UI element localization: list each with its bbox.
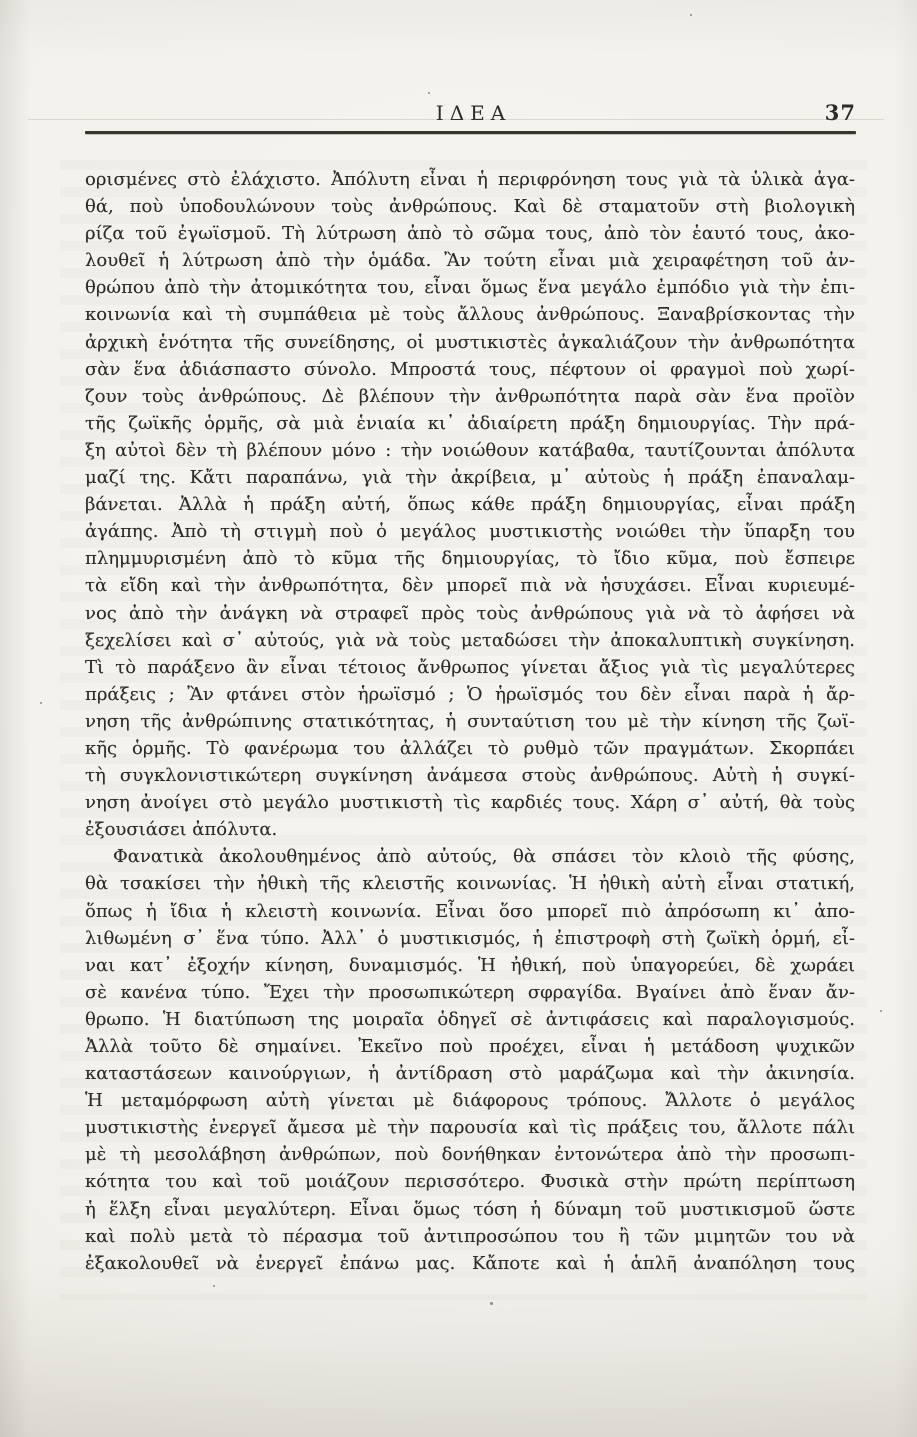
text-line: ορισμένες στὸ ἐλάχιστο. Ἀπόλυτη εἶναι ἡ … [85, 166, 855, 193]
text-line: κοινωνία καὶ τὴ συμπάθεια μὲ τοὺς ἄλλους… [85, 301, 855, 328]
text-line: θὰ τσακίσει τὴν ἠθικὴ τῆς κλειστῆς κοινω… [85, 870, 855, 897]
text-line: ἐξακολουθεῖ νὰ ἐνεργεῖ ἐπάνω μας. Κἄποτε… [85, 1250, 855, 1277]
text-line: τὴ συγκλονιστικώτερη συγκίνηση ἀνάμεσα σ… [85, 762, 855, 789]
text-line: ἡ ἕλξη εἶναι μεγαλύτερη. Εἶναι ὅμως τόση… [85, 1196, 855, 1223]
text-line: Φανατικὰ ἀκολουθημένος ἀπὸ αὐτούς, θὰ σπ… [85, 843, 855, 870]
text-line: Ἡ μεταμόρφωση αὐτὴ γίνεται μὲ διάφορους … [85, 1087, 855, 1114]
dust-speck [880, 1010, 882, 1012]
text-line: Τὶ τὸ παράξενο ἂν εἶναι τέτοιος ἄνθρωπος… [85, 654, 855, 681]
running-title: ΙΔΕΑ [85, 101, 856, 125]
text-line: ναι κατ᾽ ἐξοχήν κίνηση, δυναμισμός. Ἡ ἠθ… [85, 952, 855, 979]
text-line: ξεχελίσει καὶ σ᾽ αὐτούς, γιὰ νὰ τοὺς μετ… [85, 627, 855, 654]
dust-speck [428, 92, 430, 94]
text-line: ξη αὐτοὶ δὲν τὴ βλέπουν μόνο : τὴν νοιώθ… [85, 437, 855, 464]
text-line: κῆς ὁρμῆς. Τὸ φανέρωμα του ἀλλάζει τὸ ρυ… [85, 735, 855, 762]
text-line: μυστικιστὴς ἐνεργεῖ ἄμεσα μὲ τὴν παρουσί… [85, 1114, 855, 1141]
text-line: ὅπως ἡ ἴδια ἡ κλειστὴ κοινωνία. Εἶναι ὅσ… [85, 898, 855, 925]
bleed-through-rule [28, 119, 884, 120]
text-line: νηση τῆς ἀνθρώπινης στατικότητας, ἡ συντ… [85, 708, 855, 735]
text-line: βάνεται. Ἀλλὰ ἡ πράξη αὐτή, ὅπως κάθε πρ… [85, 491, 855, 518]
text-line: κότητα του καὶ τοῦ μοιάζουν περισσότερο.… [85, 1168, 855, 1195]
dust-speck [490, 1302, 493, 1305]
page-header: ΙΔΕΑ 37 [85, 101, 856, 129]
text-line: σὲ κανένα τύπο. Ἔχει τὴν προσωπικώτερη σ… [85, 979, 855, 1006]
text-line: μαζί της. Κἄτι παραπάνω, γιὰ τὴν ἀκρίβει… [85, 464, 855, 491]
text-line: καταστάσεων καινούργιων, ἡ ἀντίδραση στὸ… [85, 1060, 855, 1087]
text-line: θά, ποὺ ὑποδουλώνουν τοὺς ἀνθρώπους. Καὶ… [85, 193, 855, 220]
paragraph: ορισμένες στὸ ἐλάχιστο. Ἀπόλυτη εἶναι ἡ … [85, 166, 855, 843]
text-line: ζουν τοὺς ἀνθρώπους. Δὲ βλέπουν τὴν ἀνθρ… [85, 383, 855, 410]
text-line: πράξεις ; Ἂν φτάνει στὸν ἡρωϊσμό ; Ὁ ἡρω… [85, 681, 855, 708]
text-line: Ἀλλὰ τοῦτο δὲ σημαίνει. Ἐκεῖνο ποὺ προέχ… [85, 1033, 855, 1060]
paragraph: Φανατικὰ ἀκολουθημένος ἀπὸ αὐτούς, θὰ σπ… [85, 843, 855, 1277]
text-line: θρωπο. Ἡ διατύπωση της μοιραῖα ὁδηγεῖ σὲ… [85, 1006, 855, 1033]
text-line: ρίζα τοῦ ἐγωϊσμοῦ. Τὴ λύτρωση ἀπὸ τὸ σῶμ… [85, 220, 855, 247]
text-line: μὲ τὴ μεσολάβηση ἀνθρώπων, ποὺ δονήθηκαν… [85, 1141, 855, 1168]
text-line: καὶ πολὺ μετὰ τὸ πέρασμα τοῦ ἀντιπροσώπο… [85, 1223, 855, 1250]
text-line: ἀρχικὴ ἑνότητα τῆς συνείδησης, οἱ μυστικ… [85, 329, 855, 356]
text-line: λιθωμένη σ᾽ ἕνα τύπο. Ἀλλ᾽ ὁ μυστικισμός… [85, 925, 855, 952]
text-line: τῆς ζωϊκῆς ὁρμῆς, σὰ μιὰ ἑνιαία κι᾽ ἀδια… [85, 410, 855, 437]
text-line: ἀγάπης. Ἀπὸ τὴ στιγμὴ ποὺ ὁ μεγάλος μυστ… [85, 518, 855, 545]
text-line: νηση ἀνοίγει στὸ μεγάλο μυστικιστὴ τὶς κ… [85, 789, 855, 816]
text-line: τὰ εἴδη καὶ τὴν ἀνθρωπότητα, δὲν μπορεῖ … [85, 572, 855, 599]
text-line: σὰν ἕνα ἀδιάσπαστο σύνολο. Μπροστά τους,… [85, 356, 855, 383]
text-line: πλημμυρισμένη ἀπὸ τὸ κῦμα τῆς δημιουργία… [85, 545, 855, 572]
header-rule [85, 131, 856, 134]
text-line: θρώπου ἀπὸ τὴν ἀτομικότητα του, εἶναι ὅμ… [85, 274, 855, 301]
dust-speck [690, 14, 692, 16]
dust-speck [40, 702, 42, 704]
text-block: ορισμένες στὸ ἐλάχιστο. Ἀπόλυτη εἶναι ἡ … [85, 166, 855, 1277]
text-line: λουθεῖ ἡ λύτρωση ἀπὸ τὴν ὁμάδα. Ἂν τούτη… [85, 247, 855, 274]
page-number: 37 [825, 100, 856, 125]
text-line: ἐξουσιάσει ἀπόλυτα. [85, 816, 855, 843]
text-line: νος ἀπὸ τὴν ἀνάγκη νὰ στραφεῖ πρὸς τοὺς … [85, 600, 855, 627]
scanned-book-page: ΙΔΕΑ 37 ορισμένες στὸ ἐλάχιστο. Ἀπόλυτη … [0, 0, 917, 1437]
dust-speck [213, 1285, 215, 1287]
